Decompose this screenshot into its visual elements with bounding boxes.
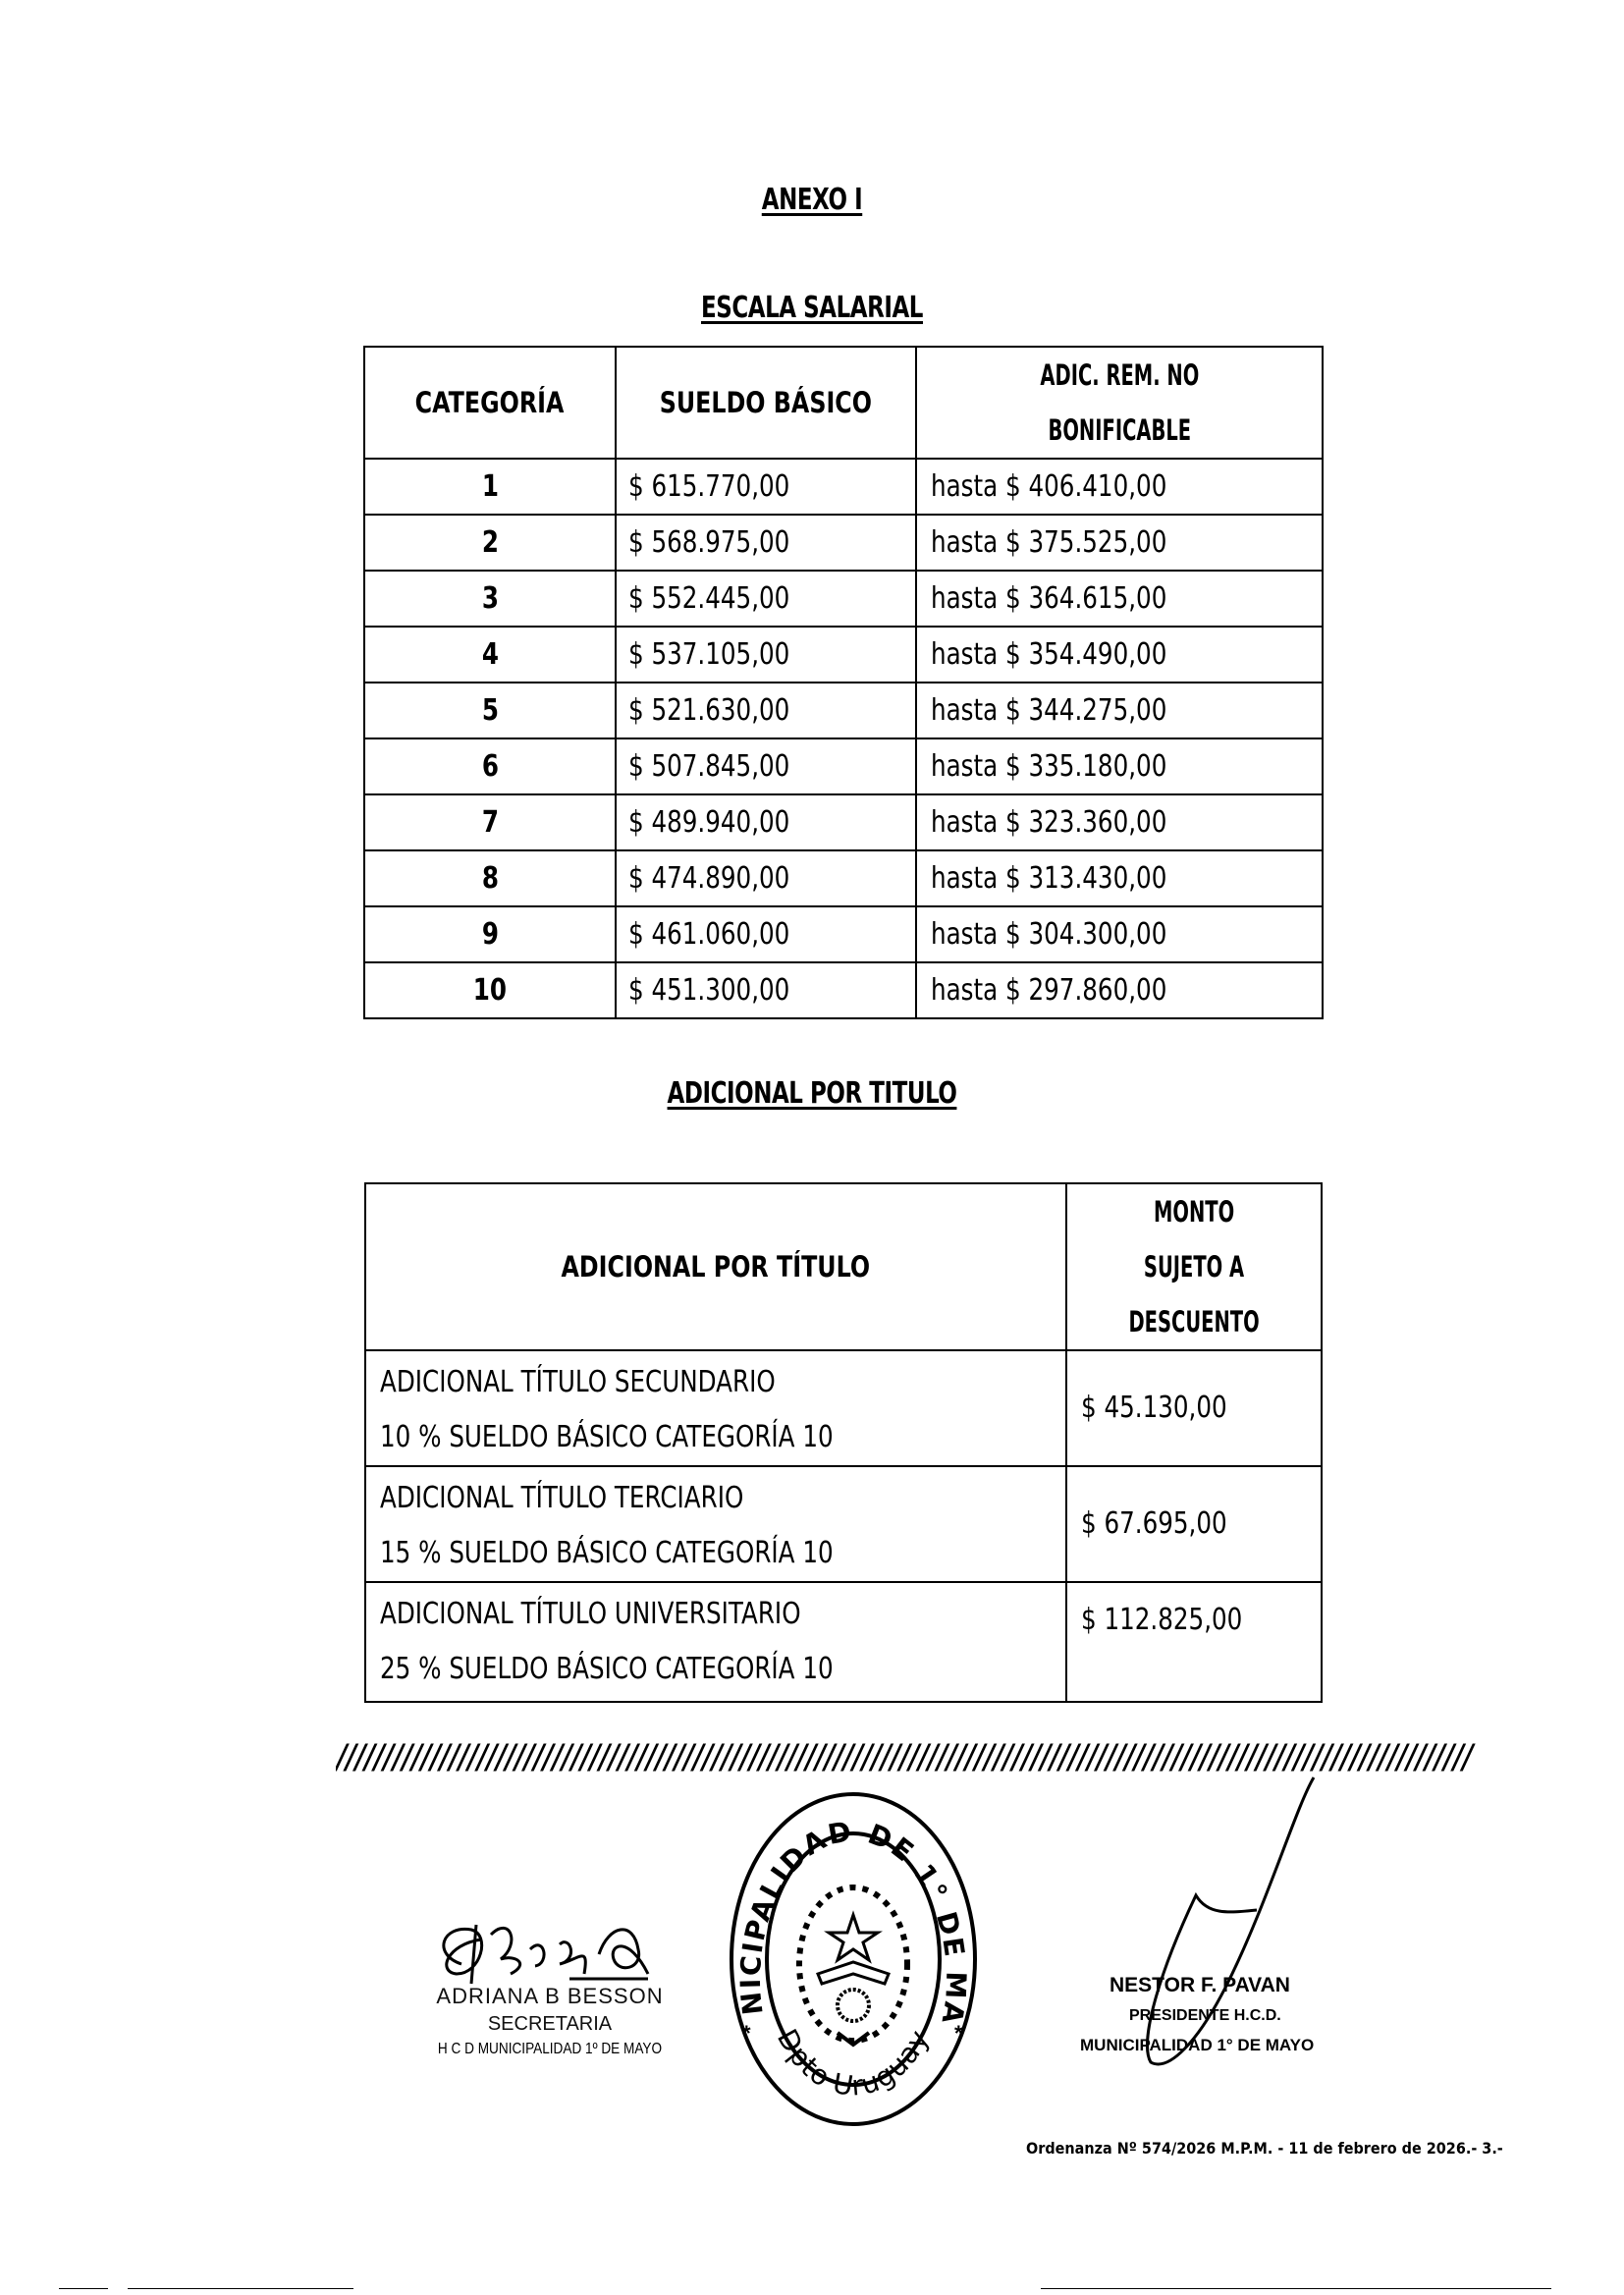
cell-adicional: hasta $ 297.860,00 <box>916 962 1323 1018</box>
handwritten-signature-icon <box>1070 1748 1384 2082</box>
title-table-row: ADICIONAL TÍTULO SECUNDARIO10 % SUELDO B… <box>365 1350 1322 1466</box>
cell-categoria: 8 <box>364 850 616 906</box>
cell-categoria: 9 <box>364 906 616 962</box>
cell-adicional: hasta $ 344.275,00 <box>916 683 1323 738</box>
title-percentage: 15 % SUELDO BÁSICO CATEGORÍA 10 <box>380 1526 942 1581</box>
ordinance-footer: Ordenanza Nº 574/2026 M.P.M. - 11 de feb… <box>1026 2139 1503 2158</box>
title-table-row: ADICIONAL TÍTULO UNIVERSITARIO25 % SUELD… <box>365 1582 1322 1702</box>
cell-categoria: 1 <box>364 459 616 515</box>
salary-table-row: 7$ 489.940,00hasta $ 323.360,00 <box>364 794 1323 850</box>
signer-right-role: PRESIDENTE H.C.D. <box>1129 2007 1281 2025</box>
salary-table-row: 3$ 552.445,00hasta $ 364.615,00 <box>364 571 1323 627</box>
salary-table-row: 8$ 474.890,00hasta $ 313.430,00 <box>364 850 1323 906</box>
signer-left-name: ADRIANA B BESSON <box>412 1984 687 2009</box>
svg-text:Dpto Uruguay: Dpto Uruguay <box>771 2024 936 2103</box>
cell-categoria: 7 <box>364 794 616 850</box>
cell-categoria: 2 <box>364 515 616 571</box>
title-section-title: ADICIONAL POR TITULO <box>122 1076 1502 1111</box>
salary-table-row: 9$ 461.060,00hasta $ 304.300,00 <box>364 906 1323 962</box>
salary-table-row: 10$ 451.300,00hasta $ 297.860,00 <box>364 962 1323 1018</box>
salary-table-header-row: CATEGORÍA SUELDO BÁSICO ADIC. REM. NOBON… <box>364 347 1323 459</box>
header-adicional-titulo: ADICIONAL POR TÍTULO <box>365 1183 1066 1350</box>
cell-categoria: 6 <box>364 738 616 794</box>
cell-monto: $ 112.825,00 <box>1066 1582 1322 1702</box>
salary-table-row: 2$ 568.975,00hasta $ 375.525,00 <box>364 515 1323 571</box>
signature-presidente: NESTOR F. PAVAN PRESIDENTE H.C.D. MUNICI… <box>1070 1748 1384 2082</box>
salary-section-title: ESCALA SALARIAL <box>122 291 1502 325</box>
svg-text:*: * <box>742 2021 751 2046</box>
cell-sueldo-basico: $ 451.300,00 <box>616 962 916 1018</box>
annex-title: ANEXO I <box>122 183 1502 217</box>
scan-artifact <box>1041 2288 1551 2289</box>
cell-sueldo-basico: $ 461.060,00 <box>616 906 916 962</box>
salary-table-row: 6$ 507.845,00hasta $ 335.180,00 <box>364 738 1323 794</box>
cell-categoria: 10 <box>364 962 616 1018</box>
signer-right-name: NESTOR F. PAVAN <box>1110 1974 1290 1997</box>
municipal-seal-icon: MUNICIPALIDAD DE 1° DE MAYO Dpto Uruguay… <box>725 1787 982 2131</box>
cell-sueldo-basico: $ 537.105,00 <box>616 627 916 683</box>
cell-sueldo-basico: $ 521.630,00 <box>616 683 916 738</box>
signer-left-role: SECRETARIA <box>412 2013 687 2036</box>
cell-adicional: hasta $ 335.180,00 <box>916 738 1323 794</box>
cell-adicional: hasta $ 375.525,00 <box>916 515 1323 571</box>
cell-sueldo-basico: $ 568.975,00 <box>616 515 916 571</box>
cell-adicional: hasta $ 406.410,00 <box>916 459 1323 515</box>
title-percentage: 10 % SUELDO BÁSICO CATEGORÍA 10 <box>380 1410 942 1465</box>
cell-title-description: ADICIONAL TÍTULO TERCIARIO15 % SUELDO BÁ… <box>365 1466 1066 1582</box>
cell-adicional: hasta $ 313.430,00 <box>916 850 1323 906</box>
cell-title-description: ADICIONAL TÍTULO SECUNDARIO10 % SUELDO B… <box>365 1350 1066 1466</box>
cell-adicional: hasta $ 323.360,00 <box>916 794 1323 850</box>
cell-categoria: 4 <box>364 627 616 683</box>
title-name: ADICIONAL TÍTULO SECUNDARIO <box>380 1355 942 1410</box>
salary-table-row: 1$ 615.770,00hasta $ 406.410,00 <box>364 459 1323 515</box>
scan-artifact <box>128 2288 353 2289</box>
header-monto: MONTOSUJETO ADESCUENTO <box>1066 1183 1322 1350</box>
seal-bottom-text: Dpto Uruguay <box>771 2024 936 2103</box>
salary-table-row: 5$ 521.630,00hasta $ 344.275,00 <box>364 683 1323 738</box>
header-adicional-line1: ADIC. REM. NO <box>1040 348 1199 403</box>
title-table-row: ADICIONAL TÍTULO TERCIARIO15 % SUELDO BÁ… <box>365 1466 1322 1582</box>
cell-sueldo-basico: $ 552.445,00 <box>616 571 916 627</box>
title-table-header-row: ADICIONAL POR TÍTULO MONTOSUJETO ADESCUE… <box>365 1183 1322 1350</box>
title-name: ADICIONAL TÍTULO UNIVERSITARIO <box>380 1587 942 1642</box>
cell-monto: $ 67.695,00 <box>1066 1466 1322 1582</box>
title-percentage: 25 % SUELDO BÁSICO CATEGORÍA 10 <box>380 1642 942 1697</box>
cell-adicional: hasta $ 364.615,00 <box>916 571 1323 627</box>
cell-monto: $ 45.130,00 <box>1066 1350 1322 1466</box>
header-categoria: CATEGORÍA <box>364 347 616 459</box>
cell-categoria: 5 <box>364 683 616 738</box>
title-allowance-table: ADICIONAL POR TÍTULO MONTOSUJETO ADESCUE… <box>364 1182 1323 1703</box>
scan-artifact <box>59 2288 108 2289</box>
header-sueldo-basico: SUELDO BÁSICO <box>616 347 916 459</box>
signer-left-org: H C D MUNICIPALIDAD 1º DE MAYO <box>433 2041 667 2058</box>
salary-scale-table: CATEGORÍA SUELDO BÁSICO ADIC. REM. NOBON… <box>363 346 1324 1019</box>
cell-sueldo-basico: $ 474.890,00 <box>616 850 916 906</box>
svg-text:*: * <box>954 2021 963 2046</box>
cell-sueldo-basico: $ 615.770,00 <box>616 459 916 515</box>
cell-sueldo-basico: $ 507.845,00 <box>616 738 916 794</box>
signer-right-org: MUNICIPALIDAD 1° DE MAYO <box>1080 2036 1314 2055</box>
cell-adicional: hasta $ 304.300,00 <box>916 906 1323 962</box>
header-adicional-line2: BONIFICABLE <box>1048 403 1191 458</box>
title-name: ADICIONAL TÍTULO TERCIARIO <box>380 1471 942 1526</box>
cell-categoria: 3 <box>364 571 616 627</box>
cell-title-description: ADICIONAL TÍTULO UNIVERSITARIO25 % SUELD… <box>365 1582 1066 1702</box>
salary-table-row: 4$ 537.105,00hasta $ 354.490,00 <box>364 627 1323 683</box>
cell-sueldo-basico: $ 489.940,00 <box>616 794 916 850</box>
cell-adicional: hasta $ 354.490,00 <box>916 627 1323 683</box>
header-adicional: ADIC. REM. NOBONIFICABLE <box>916 347 1323 459</box>
